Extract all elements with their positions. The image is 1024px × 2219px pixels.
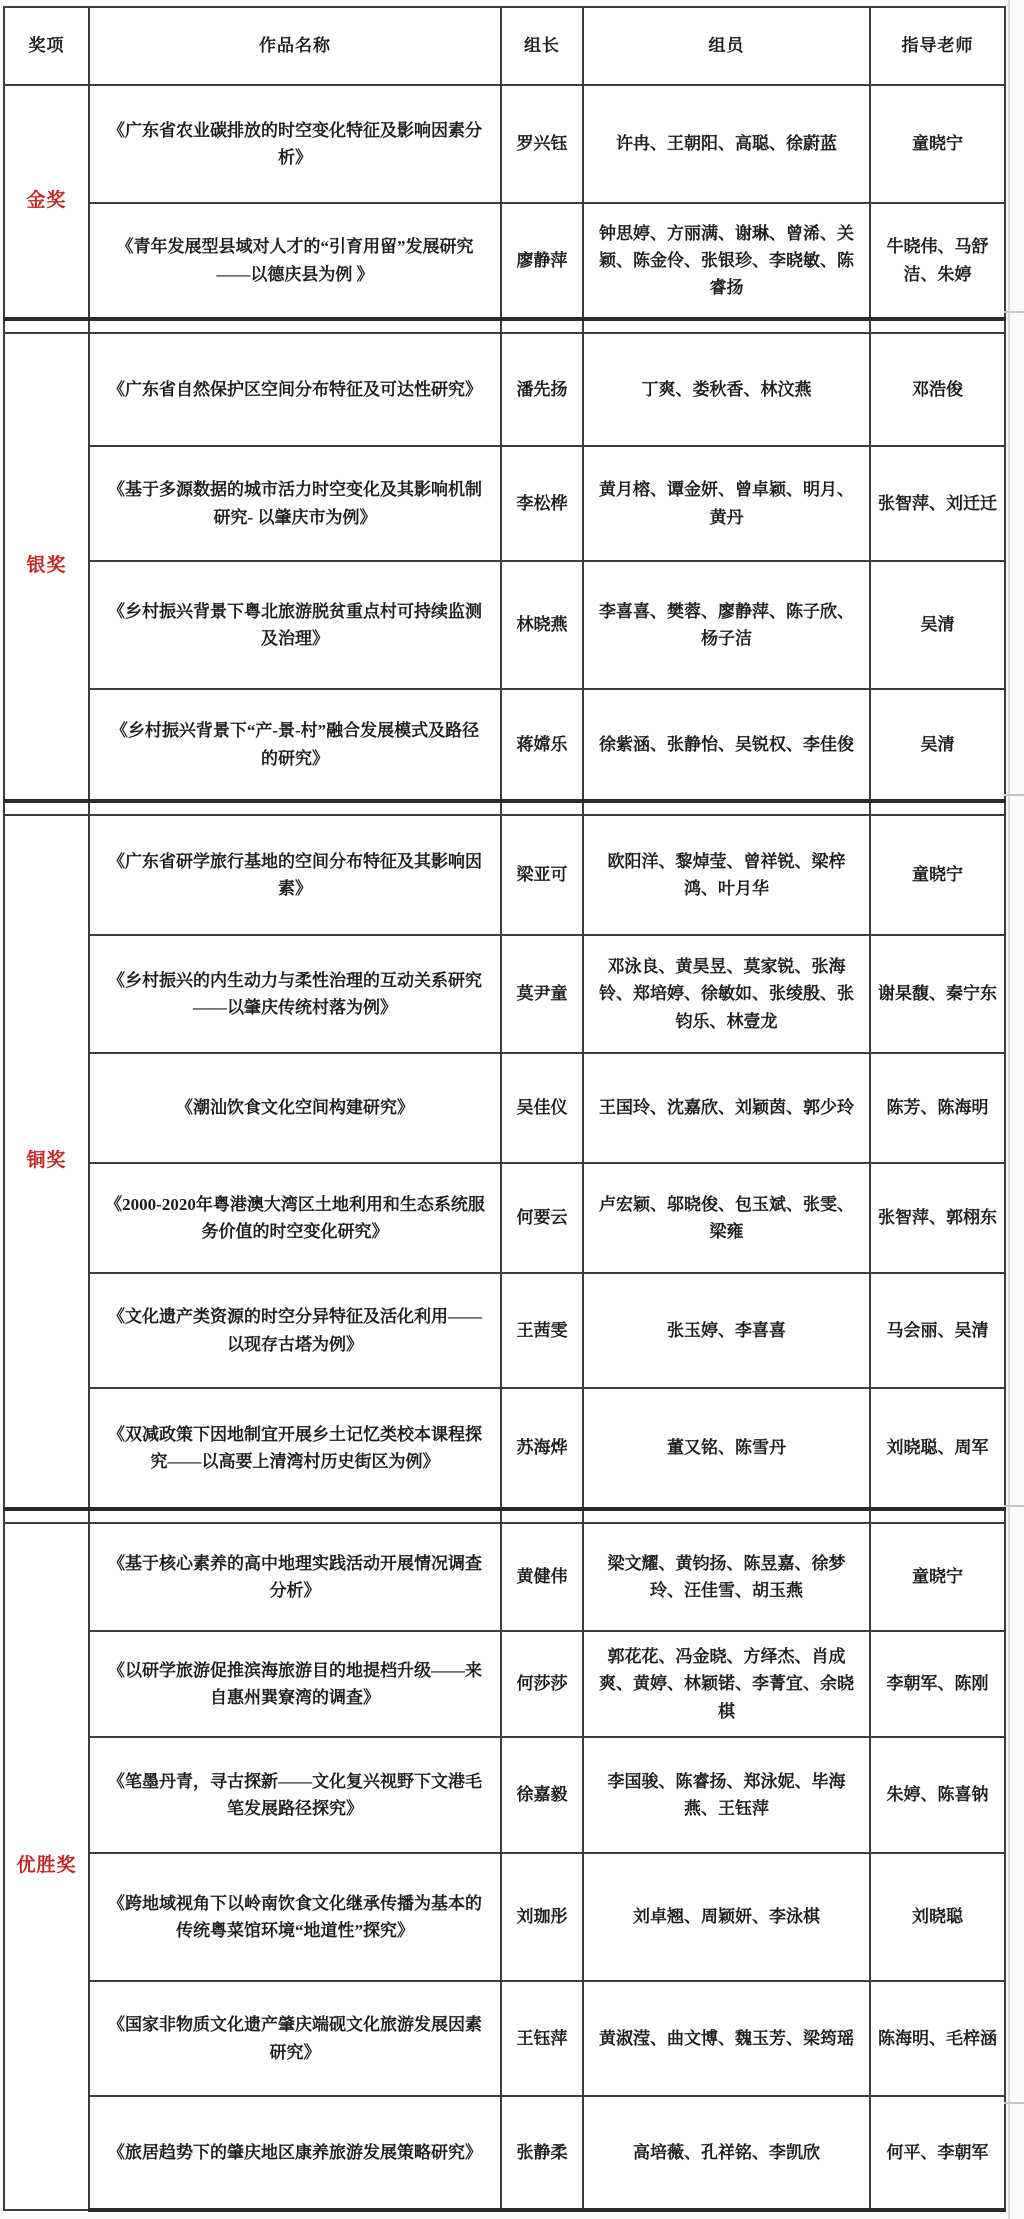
members-cell: 邓泳良、黄昊昱、莫家锐、张海铃、郑培婷、徐敏如、张绫殷、张钧乐、林壹龙 bbox=[583, 935, 870, 1053]
work-title-cell: 《乡村振兴背景下“产-景-村”融合发展模式及路径的研究》 bbox=[89, 689, 501, 801]
advisors-cell: 刘晓聪、周军 bbox=[870, 1388, 1005, 1509]
advisors-cell: 童晓宁 bbox=[870, 815, 1005, 935]
work-title-cell: 《广东省自然保护区空间分布特征及可达性研究》 bbox=[89, 333, 501, 446]
table-body: 金奖《广东省农业碳排放的时空变化特征及影响因素分析》罗兴钰许冉、王朝阳、高聪、徐… bbox=[4, 85, 1005, 2210]
table-row: 《潮汕饮食文化空间构建研究》吴佳仪王国玲、沈嘉欣、刘颖茵、郭少玲陈芳、陈海明 bbox=[4, 1053, 1005, 1163]
members-cell: 郭花花、冯金晓、方绎杰、肖成爽、黄婷、林颖锘、李菁宜、余晓棋 bbox=[583, 1631, 870, 1737]
members-cell: 李国骏、陈睿扬、郑泳妮、毕海燕、王钰萍 bbox=[583, 1737, 870, 1853]
advisors-cell: 张智萍、刘迁迁 bbox=[870, 446, 1005, 561]
table-row: 《乡村振兴背景下“产-景-村”融合发展模式及路径的研究》蒋嫦乐徐紫涵、张静怡、吴… bbox=[4, 689, 1005, 801]
separator-cell bbox=[870, 1509, 1005, 1523]
header-leader: 组长 bbox=[501, 7, 583, 85]
separator-cell bbox=[501, 319, 583, 333]
leader-cell: 罗兴钰 bbox=[501, 85, 583, 203]
advisors-cell: 刘晓聪 bbox=[870, 1853, 1005, 1981]
work-title-cell: 《笔墨丹青，寻古探新——文化复兴视野下文港毛笔发展路径探究》 bbox=[89, 1737, 501, 1853]
work-title-cell: 《青年发展型县域对人才的“引育用留”发展研究——以德庆县为例 》 bbox=[89, 203, 501, 319]
advisors-cell: 谢杲馥、秦宁东 bbox=[870, 935, 1005, 1053]
advisors-cell: 童晓宁 bbox=[870, 85, 1005, 203]
table-row: 《乡村振兴的内生动力与柔性治理的互动关系研究——以肇庆传统村落为例》莫尹童邓泳良… bbox=[4, 935, 1005, 1053]
separator-cell bbox=[870, 801, 1005, 815]
work-title-cell: 《广东省研学旅行基地的空间分布特征及其影响因素》 bbox=[89, 815, 501, 935]
work-title-cell: 《乡村振兴背景下粤北旅游脱贫重点村可持续监测及治理》 bbox=[89, 561, 501, 689]
leader-cell: 何要云 bbox=[501, 1163, 583, 1273]
members-cell: 徐紫涵、张静怡、吴锐权、李佳俊 bbox=[583, 689, 870, 801]
table-row: 《旅居趋势下的肇庆地区康养旅游发展策略研究》张静柔高培薇、孔祥铭、李凯欣何平、李… bbox=[4, 2096, 1005, 2210]
separator-cell bbox=[583, 801, 870, 815]
award-cell: 铜奖 bbox=[4, 815, 89, 1509]
members-cell: 钟思婷、方丽满、谢琳、曾浠、关颖、陈金伶、张银珍、李晓敏、陈睿扬 bbox=[583, 203, 870, 319]
award-cell: 金奖 bbox=[4, 85, 89, 319]
table-header: 奖项 作品名称 组长 组员 指导老师 bbox=[4, 7, 1005, 85]
table-row: 铜奖《广东省研学旅行基地的空间分布特征及其影响因素》梁亚可欧阳洋、黎焯莹、曾祥锐… bbox=[4, 815, 1005, 935]
separator-cell bbox=[89, 801, 501, 815]
table-row: 银奖《广东省自然保护区空间分布特征及可达性研究》潘先扬丁爽、娄秋香、林汶燕邓浩俊 bbox=[4, 333, 1005, 446]
leader-cell: 李松桦 bbox=[501, 446, 583, 561]
work-title-cell: 《基于核心素养的高中地理实践活动开展情况调查分析》 bbox=[89, 1523, 501, 1631]
separator-cell bbox=[583, 319, 870, 333]
awards-table: 奖项 作品名称 组长 组员 指导老师 金奖《广东省农业碳排放的时空变化特征及影响… bbox=[3, 6, 1006, 2212]
members-cell: 高培薇、孔祥铭、李凯欣 bbox=[583, 2096, 870, 2210]
spreadsheet-grid-stub bbox=[1004, 794, 1024, 796]
award-cell: 优胜奖 bbox=[4, 1523, 89, 2210]
table-row: 《以研学旅游促推滨海旅游目的地提档升级——来自惠州巽寮湾的调查》何莎莎郭花花、冯… bbox=[4, 1631, 1005, 1737]
work-title-cell: 《跨地域视角下以岭南饮食文化继承传播为基本的传统粤菜馆环境“地道性”探究》 bbox=[89, 1853, 501, 1981]
members-cell: 许冉、王朝阳、高聪、徐蔚蓝 bbox=[583, 85, 870, 203]
header-title: 作品名称 bbox=[89, 7, 501, 85]
header-award: 奖项 bbox=[4, 7, 89, 85]
advisors-cell: 朱婷、陈喜钠 bbox=[870, 1737, 1005, 1853]
table-row: 《2000-2020年粤港澳大湾区土地利用和生态系统服务价值的时空变化研究》何要… bbox=[4, 1163, 1005, 1273]
work-title-cell: 《基于多源数据的城市活力时空变化及其影响机制研究- 以肇庆市为例》 bbox=[89, 446, 501, 561]
members-cell: 张玉婷、李喜喜 bbox=[583, 1273, 870, 1388]
table-row: 《基于多源数据的城市活力时空变化及其影响机制研究- 以肇庆市为例》李松桦黄月榕、… bbox=[4, 446, 1005, 561]
members-cell: 李喜喜、樊蓉、廖静萍、陈子欣、杨子洁 bbox=[583, 561, 870, 689]
work-title-cell: 《国家非物质文化遗产肇庆端砚文化旅游发展因素研究》 bbox=[89, 1981, 501, 2096]
work-title-cell: 《双减政策下因地制宜开展乡土记忆类校本课程探究——以高要上清湾村历史街区为例》 bbox=[89, 1388, 501, 1509]
leader-cell: 徐嘉毅 bbox=[501, 1737, 583, 1853]
work-title-cell: 《以研学旅游促推滨海旅游目的地提档升级——来自惠州巽寮湾的调查》 bbox=[89, 1631, 501, 1737]
leader-cell: 刘珈彤 bbox=[501, 1853, 583, 1981]
advisors-cell: 吴清 bbox=[870, 689, 1005, 801]
advisors-cell: 牛晓伟、马舒洁、朱婷 bbox=[870, 203, 1005, 319]
spreadsheet-edge-line bbox=[1008, 0, 1010, 2219]
table-row: 《笔墨丹青，寻古探新——文化复兴视野下文港毛笔发展路径探究》徐嘉毅李国骏、陈睿扬… bbox=[4, 1737, 1005, 1853]
table-row: 《跨地域视角下以岭南饮食文化继承传播为基本的传统粤菜馆环境“地道性”探究》刘珈彤… bbox=[4, 1853, 1005, 1981]
separator-cell bbox=[501, 801, 583, 815]
advisors-cell: 邓浩俊 bbox=[870, 333, 1005, 446]
separator-cell bbox=[4, 1509, 89, 1523]
separator-cell bbox=[501, 1509, 583, 1523]
advisors-cell: 童晓宁 bbox=[870, 1523, 1005, 1631]
members-cell: 欧阳洋、黎焯莹、曾祥锐、梁梓鸿、叶月华 bbox=[583, 815, 870, 935]
section-separator-row bbox=[4, 319, 1005, 333]
advisors-cell: 张智萍、郭栩东 bbox=[870, 1163, 1005, 1273]
section-separator-row bbox=[4, 801, 1005, 815]
table-row: 《文化遗产类资源的时空分异特征及活化利用——以现存古塔为例》王茜雯张玉婷、李喜喜… bbox=[4, 1273, 1005, 1388]
members-cell: 黄淑滢、曲文博、魏玉芳、梁筠瑶 bbox=[583, 1981, 870, 2096]
members-cell: 王国玲、沈嘉欣、刘颖茵、郭少玲 bbox=[583, 1053, 870, 1163]
leader-cell: 莫尹童 bbox=[501, 935, 583, 1053]
leader-cell: 王钰萍 bbox=[501, 1981, 583, 2096]
advisors-cell: 陈芳、陈海明 bbox=[870, 1053, 1005, 1163]
leader-cell: 潘先扬 bbox=[501, 333, 583, 446]
work-title-cell: 《2000-2020年粤港澳大湾区土地利用和生态系统服务价值的时空变化研究》 bbox=[89, 1163, 501, 1273]
work-title-cell: 《广东省农业碳排放的时空变化特征及影响因素分析》 bbox=[89, 85, 501, 203]
award-cell: 银奖 bbox=[4, 333, 89, 801]
leader-cell: 蒋嫦乐 bbox=[501, 689, 583, 801]
advisors-cell: 何平、李朝军 bbox=[870, 2096, 1005, 2210]
leader-cell: 张静柔 bbox=[501, 2096, 583, 2210]
advisors-cell: 吴清 bbox=[870, 561, 1005, 689]
header-advisor: 指导老师 bbox=[870, 7, 1005, 85]
leader-cell: 廖静萍 bbox=[501, 203, 583, 319]
separator-cell bbox=[583, 1509, 870, 1523]
leader-cell: 梁亚可 bbox=[501, 815, 583, 935]
header-members: 组员 bbox=[583, 7, 870, 85]
work-title-cell: 《旅居趋势下的肇庆地区康养旅游发展策略研究》 bbox=[89, 2096, 501, 2210]
advisors-cell: 马会丽、吴清 bbox=[870, 1273, 1005, 1388]
leader-cell: 吴佳仪 bbox=[501, 1053, 583, 1163]
section-separator-row bbox=[4, 1509, 1005, 1523]
leader-cell: 苏海烨 bbox=[501, 1388, 583, 1509]
table-row: 优胜奖《基于核心素养的高中地理实践活动开展情况调查分析》黄健伟梁文耀、黄钧扬、陈… bbox=[4, 1523, 1005, 1631]
leader-cell: 王茜雯 bbox=[501, 1273, 583, 1388]
separator-cell bbox=[4, 801, 89, 815]
work-title-cell: 《潮汕饮食文化空间构建研究》 bbox=[89, 1053, 501, 1163]
table-row: 《国家非物质文化遗产肇庆端砚文化旅游发展因素研究》王钰萍黄淑滢、曲文博、魏玉芳、… bbox=[4, 1981, 1005, 2096]
separator-cell bbox=[4, 319, 89, 333]
separator-cell bbox=[89, 319, 501, 333]
table-row: 《青年发展型县域对人才的“引育用留”发展研究——以德庆县为例 》廖静萍钟思婷、方… bbox=[4, 203, 1005, 319]
members-cell: 刘卓翘、周颖妍、李泳棋 bbox=[583, 1853, 870, 1981]
leader-cell: 林晓燕 bbox=[501, 561, 583, 689]
work-title-cell: 《文化遗产类资源的时空分异特征及活化利用——以现存古塔为例》 bbox=[89, 1273, 501, 1388]
members-cell: 卢宏颖、邬晓俊、包玉斌、张雯、梁雍 bbox=[583, 1163, 870, 1273]
table-row: 《乡村振兴背景下粤北旅游脱贫重点村可持续监测及治理》林晓燕李喜喜、樊蓉、廖静萍、… bbox=[4, 561, 1005, 689]
members-cell: 梁文耀、黄钧扬、陈昱嘉、徐梦玲、汪佳雪、胡玉燕 bbox=[583, 1523, 870, 1631]
spreadsheet-grid-stub bbox=[1004, 311, 1024, 313]
advisors-cell: 陈海明、毛梓涵 bbox=[870, 1981, 1005, 2096]
header-row: 奖项 作品名称 组长 组员 指导老师 bbox=[4, 7, 1005, 85]
work-title-cell: 《乡村振兴的内生动力与柔性治理的互动关系研究——以肇庆传统村落为例》 bbox=[89, 935, 501, 1053]
spreadsheet-grid-stub bbox=[1004, 1505, 1024, 1507]
leader-cell: 黄健伟 bbox=[501, 1523, 583, 1631]
members-cell: 丁爽、娄秋香、林汶燕 bbox=[583, 333, 870, 446]
separator-cell bbox=[89, 1509, 501, 1523]
separator-cell bbox=[870, 319, 1005, 333]
members-cell: 黄月榕、谭金妍、曾卓颖、明月、黄丹 bbox=[583, 446, 870, 561]
spreadsheet-grid-stub bbox=[1004, 2102, 1024, 2104]
members-cell: 董又铭、陈雪丹 bbox=[583, 1388, 870, 1509]
leader-cell: 何莎莎 bbox=[501, 1631, 583, 1737]
advisors-cell: 李朝军、陈刚 bbox=[870, 1631, 1005, 1737]
table-row: 《双减政策下因地制宜开展乡土记忆类校本课程探究——以高要上清湾村历史街区为例》苏… bbox=[4, 1388, 1005, 1509]
table-row: 金奖《广东省农业碳排放的时空变化特征及影响因素分析》罗兴钰许冉、王朝阳、高聪、徐… bbox=[4, 85, 1005, 203]
